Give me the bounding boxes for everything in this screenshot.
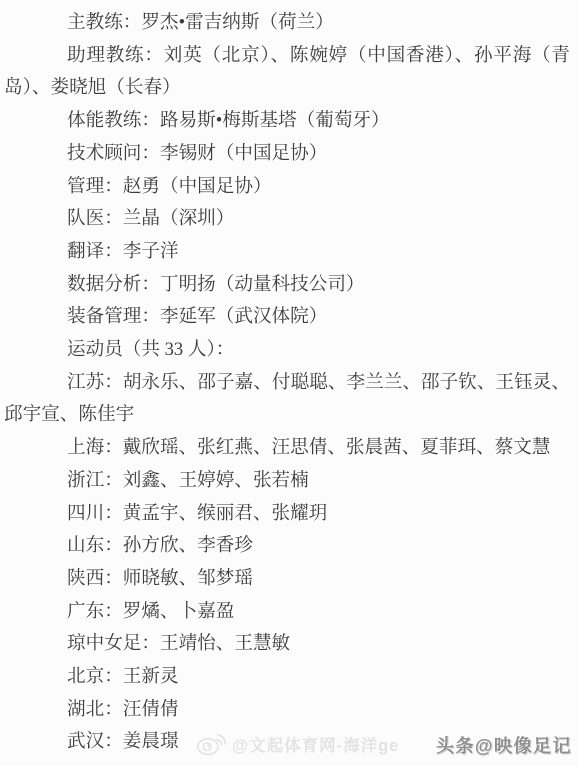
paragraph: 管理：赵勇（中国足协） — [4, 171, 570, 204]
paragraph: 浙江：刘鑫、王婷婷、张若楠 — [4, 465, 570, 498]
paragraph: 广东：罗燏、卜嘉盈 — [4, 596, 570, 629]
weibo-watermark-text: @文起体育网-海洋ge — [232, 732, 399, 756]
document-body: 主教练：罗杰•雷吉纳斯（荷兰）助理教练：刘英（北京）、陈婉婷（中国香港）、孙平海… — [4, 7, 570, 759]
paragraph: 队医：兰晶（深圳） — [4, 203, 570, 236]
paragraph: 山东：孙方欣、李香珍 — [4, 530, 570, 563]
document-page: 主教练：罗杰•雷吉纳斯（荷兰）助理教练：刘英（北京）、陈婉婷（中国香港）、孙平海… — [0, 0, 578, 766]
paragraph: 运动员（共 33 人）： — [4, 334, 570, 367]
paragraph: 主教练：罗杰•雷吉纳斯（荷兰） — [4, 7, 570, 40]
paragraph: 翻译：李子洋 — [4, 236, 570, 269]
paragraph: 陕西：师晓敏、邹梦瑶 — [4, 563, 570, 596]
toutiao-watermark-text: 头条@映像足记 — [436, 732, 572, 758]
paragraph: 助理教练：刘英（北京）、陈婉婷（中国香港）、孙平海（青岛）、娄晓旭（长春） — [4, 40, 570, 105]
paragraph: 装备管理：李延军（武汉体院） — [4, 301, 570, 334]
paragraph: 琼中女足：王靖怡、王慧敏 — [4, 628, 570, 661]
paragraph: 上海：戴欣瑶、张红燕、汪思倩、张晨茜、夏菲珥、蔡文慧 — [4, 432, 570, 465]
paragraph: 数据分析：丁明扬（动量科技公司） — [4, 269, 570, 302]
paragraph: 四川：黄孟宇、缑丽君、张耀玥 — [4, 498, 570, 531]
paragraph: 湖北：汪倩倩 — [4, 694, 570, 727]
paragraph: 体能教练：路易斯•梅斯基塔（葡萄牙） — [4, 105, 570, 138]
paragraph: 技术顾问：李锡财（中国足协） — [4, 138, 570, 171]
paragraph: 北京：王新灵 — [4, 661, 570, 694]
weibo-icon — [196, 731, 226, 757]
weibo-watermark: @文起体育网-海洋ge — [196, 731, 399, 757]
paragraph: 江苏：胡永乐、邵子嘉、付聪聪、李兰兰、邵子钦、王钰灵、邱宇宣、陈佳宇 — [4, 367, 570, 432]
